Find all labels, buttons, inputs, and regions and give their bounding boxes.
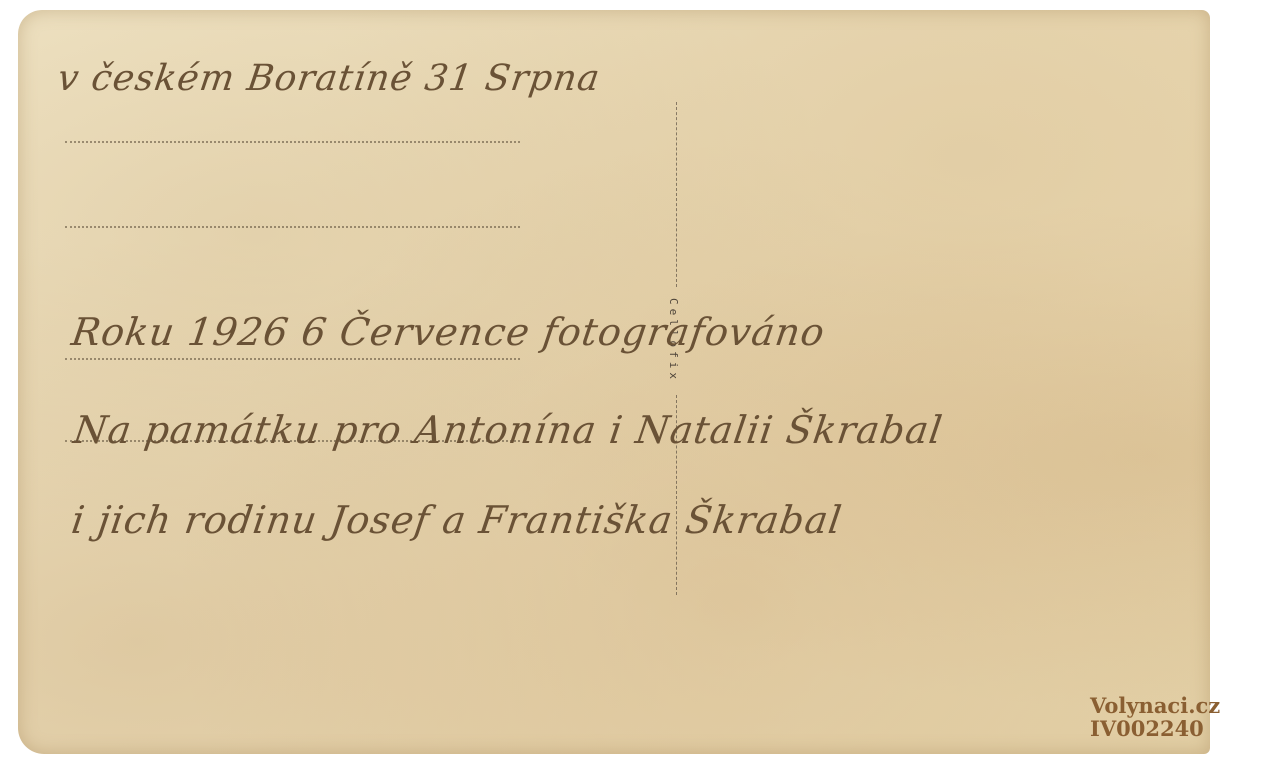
handwritten-line-1: Roku 1926 6 Července fotografováno <box>69 310 828 354</box>
address-line-1 <box>65 141 520 143</box>
handwritten-place-date: v českém Boratíně 31 Srpna <box>55 58 603 99</box>
center-divider-top <box>676 102 677 287</box>
watermark-id: IV002240 <box>1090 717 1220 740</box>
watermark-site: Volynaci.cz <box>1090 694 1220 717</box>
archive-watermark: Volynaci.cz IV002240 <box>1090 694 1220 740</box>
address-line-3 <box>65 358 520 360</box>
postcard-back: Cellofix v českém Boratíně 31 Srpna Roku… <box>18 10 1210 754</box>
address-line-2 <box>65 226 520 228</box>
handwritten-line-3: i jich rodinu Josef a Františka Škrabal <box>69 498 845 542</box>
handwritten-line-2: Na památku pro Antonína i Natalii Škraba… <box>71 408 946 452</box>
